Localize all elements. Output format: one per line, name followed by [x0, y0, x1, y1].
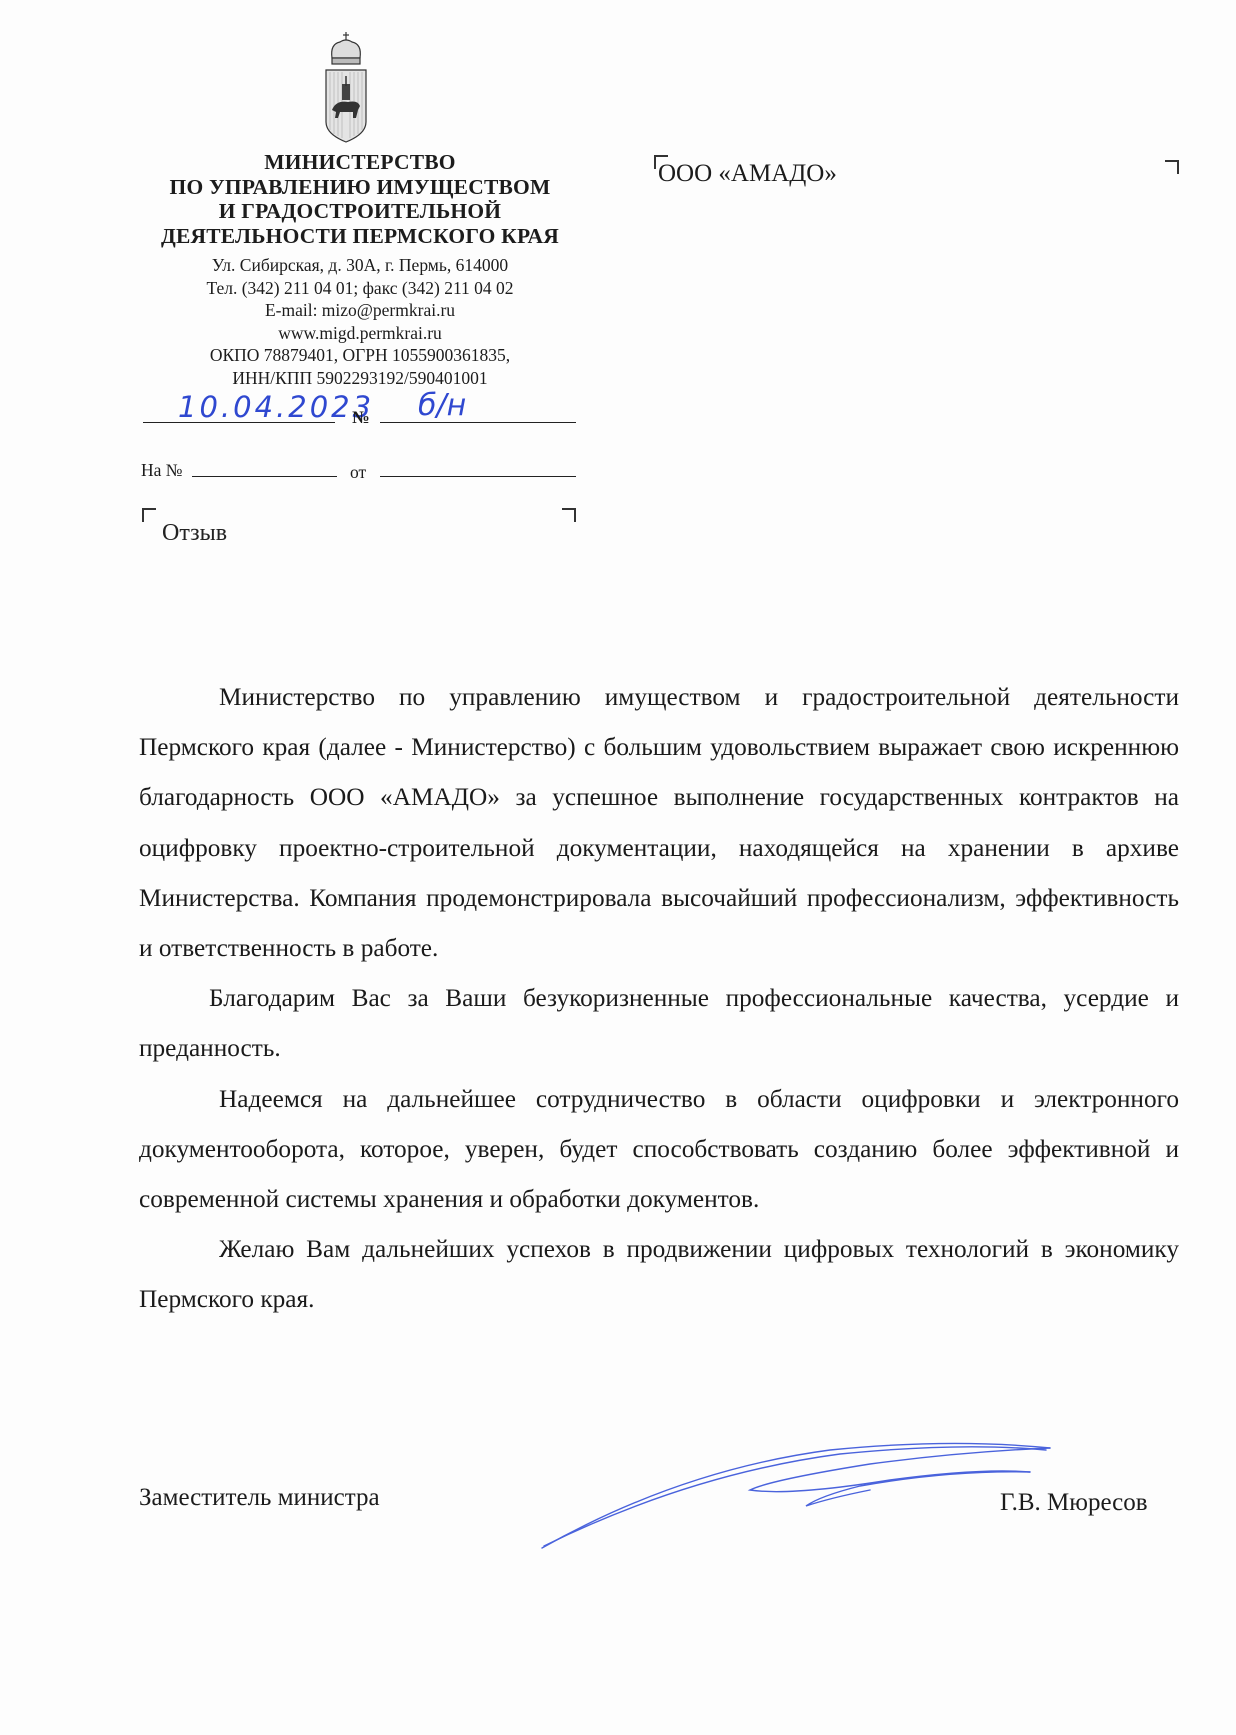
reply-from-label: от	[350, 462, 366, 483]
reply-from-line	[380, 476, 576, 477]
handwritten-date: 10.04.2023	[178, 390, 374, 424]
subject-corner-left	[142, 508, 156, 522]
body-paragraph: Благодарим Вас за Ваши безукоризненные п…	[139, 973, 1179, 1073]
registration-block: 10.04.2023 № б/н На № от	[0, 0, 1236, 520]
body-paragraph: Желаю Вам дальнейших успехов в продвижен…	[139, 1224, 1179, 1324]
letter-body: Министерство по управлению имуществом и …	[139, 672, 1179, 1325]
handwritten-signature-icon	[530, 1430, 1060, 1560]
recipient-corner-right	[1165, 160, 1179, 174]
recipient-name: ООО «АМАДО»	[658, 160, 837, 188]
number-label: №	[352, 407, 370, 428]
letter-subject: Отзыв	[162, 520, 227, 547]
reply-to-line	[192, 476, 337, 477]
subject-corner-right	[562, 508, 576, 522]
number-line	[380, 422, 576, 423]
reply-to-label: На №	[141, 460, 182, 481]
body-paragraph: Надеемся на дальнейшее сотрудничество в …	[139, 1074, 1179, 1225]
signatory-position: Заместитель министра	[139, 1484, 380, 1512]
handwritten-number: б/н	[418, 388, 466, 423]
signatory-name: Г.В. Мюресов	[1000, 1489, 1148, 1517]
body-paragraph: Министерство по управлению имуществом и …	[139, 672, 1179, 973]
